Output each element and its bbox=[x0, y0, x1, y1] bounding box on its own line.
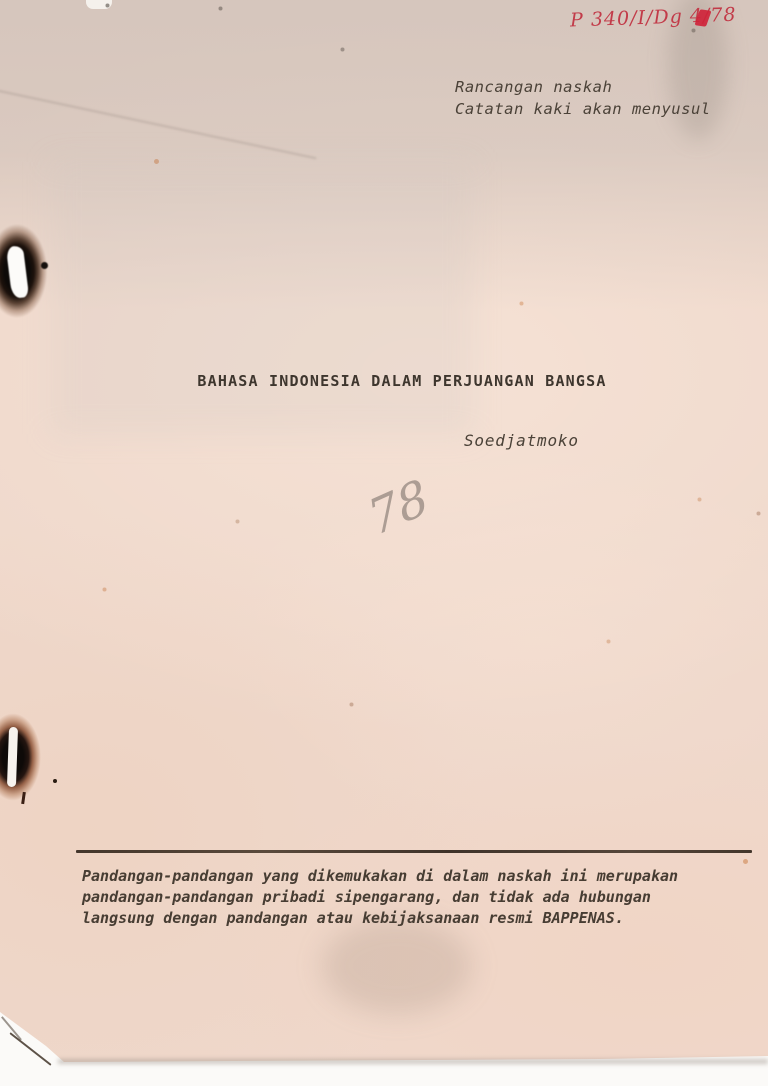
manuscript-cover-page: P 340/I/Dg 4/78 Rancangan naskah Catatan… bbox=[0, 0, 768, 1064]
binding-hole-bottom bbox=[7, 727, 18, 787]
disclaimer-paragraph: Pandangan-pandangan yang dikemukakan di … bbox=[82, 866, 678, 929]
draft-note: Rancangan naskah Catatan kaki akan menyu… bbox=[455, 77, 711, 120]
binding-hole-top bbox=[6, 245, 29, 299]
scanned-document: P 340/I/Dg 4/78 Rancangan naskah Catatan… bbox=[0, 0, 768, 1086]
discoloration-patch bbox=[52, 162, 472, 434]
manuscript-title: BAHASA INDONESIA DALAM PERJUANGAN BANGSA bbox=[18, 372, 768, 390]
draft-note-line-2: Catatan kaki akan menyusul bbox=[455, 99, 711, 121]
burn-speck bbox=[53, 779, 57, 783]
burn-dash bbox=[21, 792, 26, 804]
page-bottom-shadow bbox=[58, 1059, 768, 1064]
pencil-annotation: 78 bbox=[362, 469, 435, 547]
burn-dot bbox=[41, 262, 48, 269]
disclaimer-line-2: pandangan-pandangan pribadi sipengarang,… bbox=[82, 887, 678, 908]
divider-rule bbox=[76, 850, 752, 853]
paper-specks bbox=[0, 0, 3, 3]
smudge-bottom-center bbox=[322, 918, 472, 1014]
disclaimer-line-3: langsung dengan pandangan atau kebijaksa… bbox=[82, 908, 678, 929]
paper-edge-notch bbox=[86, 0, 112, 9]
disclaimer-line-1: Pandangan-pandangan yang dikemukakan di … bbox=[82, 866, 678, 887]
draft-note-line-1: Rancangan naskah bbox=[455, 77, 711, 99]
author-name: Soedjatmoko bbox=[464, 431, 579, 450]
burn-hole-bottom bbox=[0, 710, 46, 804]
